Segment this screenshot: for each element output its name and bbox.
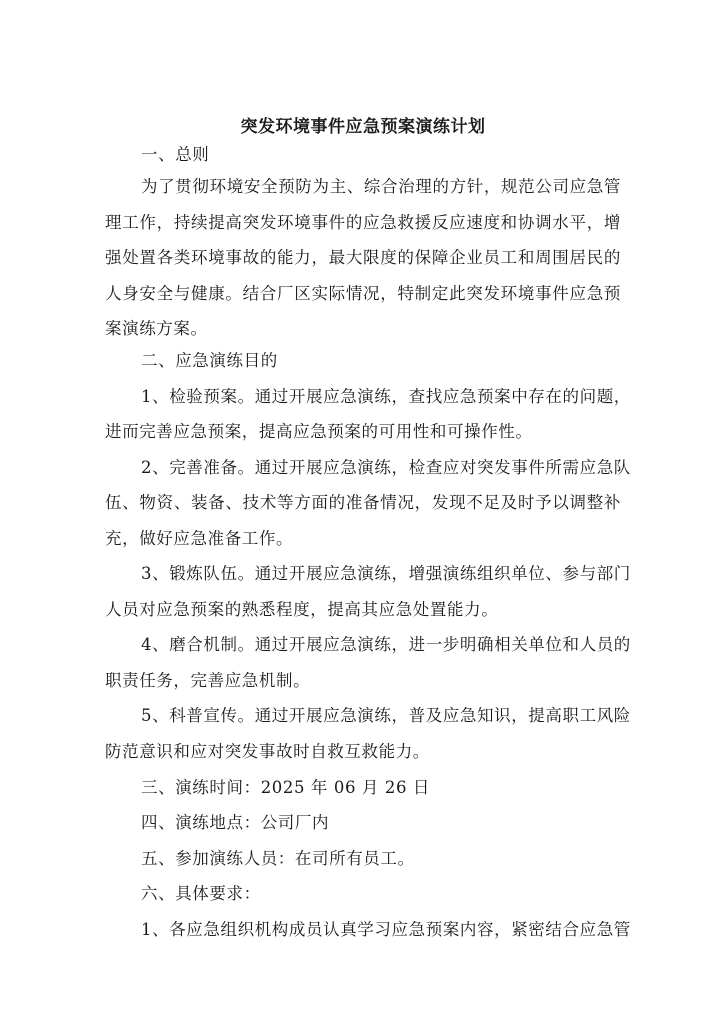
text-line: 理工作，持续提高突发环境事件的应急救援反应速度和协调水平，增 xyxy=(105,212,621,234)
text-line: 人员对应急预案的熟悉程度，提高其应急处置能力。 xyxy=(105,599,621,621)
text-line: 职责任务，完善应急机制。 xyxy=(105,670,621,692)
text-line: 六、具体要求： xyxy=(141,883,621,905)
text-line: 2、完善准备。通过开展应急演练，检查应对突发事件所需应急队 xyxy=(141,457,621,479)
text-line: 案演练方案。 xyxy=(105,318,621,340)
text-line: 5、科普宣传。通过开展应急演练，普及应急知识，提高职工风险 xyxy=(141,705,621,727)
text-line: 3、锻炼队伍。通过开展应急演练，增强演练组织单位、参与部门 xyxy=(141,563,621,585)
text-line: 一、总则 xyxy=(141,144,621,166)
text-line: 人身安全与健康。结合厂区实际情况，特制定此突发环境事件应急预 xyxy=(105,283,621,305)
text-line: 1、各应急组织机构成员认真学习应急预案内容，紧密结合应急管 xyxy=(141,919,621,941)
text-line: 五、参加演练人员：在司所有员工。 xyxy=(141,848,621,870)
text-line: 进而完善应急预案，提高应急预案的可用性和可操作性。 xyxy=(105,421,621,443)
text-line: 为了贯彻环境安全预防为主、综合治理的方针，规范公司应急管 xyxy=(141,176,621,198)
text-line: 4、磨合机制。通过开展应急演练，进一步明确相关单位和人员的 xyxy=(141,634,621,656)
text-line: 强处置各类环境事故的能力，最大限度的保障企业员工和周围居民的 xyxy=(105,247,621,269)
document-title: 突发环境事件应急预案演练计划 xyxy=(105,112,621,137)
text-line: 三、演练时间：2025 年 06 月 26 日 xyxy=(141,777,621,799)
text-line: 防范意识和应对突发事故时自救互救能力。 xyxy=(105,741,621,763)
text-line: 充，做好应急准备工作。 xyxy=(105,528,621,550)
text-line: 1、检验预案。通过开展应急演练，查找应急预案中存在的问题， xyxy=(141,386,621,408)
text-line: 四、演练地点：公司厂内 xyxy=(141,812,621,834)
text-line: 伍、物资、装备、技术等方面的准备情况，发现不足及时予以调整补 xyxy=(105,492,621,514)
text-line: 二、应急演练目的 xyxy=(141,350,621,372)
